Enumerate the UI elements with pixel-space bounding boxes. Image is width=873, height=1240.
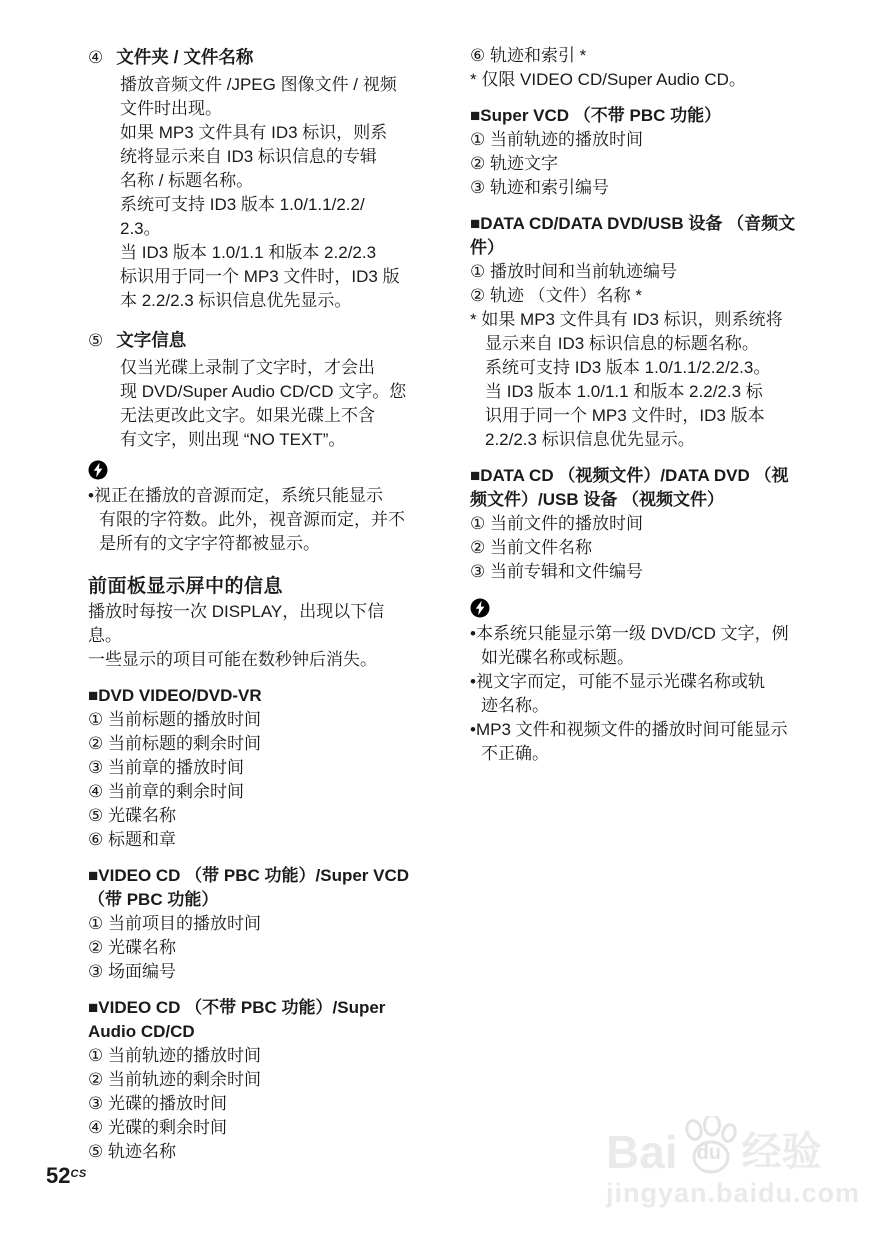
list-item: ② 轨迹文字	[470, 152, 846, 176]
item-number: ⑤	[88, 328, 103, 354]
format-group-data-audio: ■DATA CD/DATA DVD/USB 设备 （音频文件） ① 播放时间和当…	[470, 212, 846, 452]
item-body: 播放音频文件 /JPEG 图像文件 / 视频文件时出现。如果 MP3 文件具有 …	[88, 73, 446, 313]
text-line: 文件时出现。	[120, 97, 446, 121]
watermark-brand-suffix: 经验	[742, 1129, 822, 1175]
text-line: 本 2.2/2.3 标识信息优先显示。	[120, 289, 446, 313]
text-line: 有文字，则出现 “NO TEXT”。	[120, 428, 446, 452]
list-item: ③ 场面编号	[88, 960, 446, 984]
group-items: ① 当前文件的播放时间② 当前文件名称③ 当前专辑和文件编号	[470, 512, 846, 584]
item-number: ④	[88, 45, 103, 71]
page-number-value: 52	[46, 1163, 70, 1188]
text-line: 标识用于同一个 MP3 文件时，ID3 版	[120, 265, 446, 289]
watermark-brand: Bai du 经验	[606, 1116, 860, 1175]
page-number: 52CS	[46, 1163, 87, 1189]
text-line: 如光碟名称或标题。	[470, 646, 846, 670]
text-line: 是所有的文字字符都被显示。	[88, 532, 446, 556]
text-line: •视正在播放的音源而定，系统只能显示	[88, 484, 446, 508]
text-line: 系统可支持 ID3 版本 1.0/1.1/2.2/	[120, 193, 446, 217]
group-header-line: 频文件）/USB 设备 （视频文件）	[470, 488, 846, 512]
footnote-line: 2.2/2.3 标识信息优先显示。	[470, 428, 846, 452]
footnote-line: 识用于同一个 MP3 文件时，ID3 版本	[470, 404, 846, 428]
group-header: ■DVD VIDEO/DVD-VR	[88, 684, 446, 708]
note-block: •本系统只能显示第一级 DVD/CD 文字，例如光碟名称或标题。 •视文字而定，…	[470, 598, 846, 766]
item-body: 仅当光碟上录制了文字时，才会出现 DVD/Super Audio CD/CD 文…	[88, 356, 446, 452]
list-item: ① 当前项目的播放时间	[88, 912, 446, 936]
text-line: •本系统只能显示第一级 DVD/CD 文字，例	[470, 622, 846, 646]
note-block: •视正在播放的音源而定，系统只能显示有限的字符数。此外，视音源而定，并不是所有的…	[88, 460, 446, 556]
group-items: ① 当前轨迹的播放时间② 轨迹文字③ 轨迹和索引编号	[470, 128, 846, 200]
list-item: ⑥ 轨迹和索引 *	[470, 44, 846, 68]
format-group-dvd-video: ■DVD VIDEO/DVD-VR ① 当前标题的播放时间② 当前标题的剩余时间…	[88, 684, 446, 852]
group-items: ① 当前轨迹的播放时间② 当前轨迹的剩余时间③ 光碟的播放时间④ 光碟的剩余时间…	[88, 1044, 446, 1164]
footnote-line: 当 ID3 版本 1.0/1.1 和版本 2.2/2.3 标	[470, 380, 846, 404]
list-item: ② 当前文件名称	[470, 536, 846, 560]
group-header-line: Audio CD/CD	[88, 1020, 446, 1044]
note-bullet: •视正在播放的音源而定，系统只能显示有限的字符数。此外，视音源而定，并不是所有的…	[88, 484, 446, 556]
group-header-line: 件）	[470, 236, 846, 260]
note-bullet: •视文字而定，可能不显示光碟名称或轨迹名称。	[470, 670, 846, 718]
left-column: ④ 文件夹 / 文件名称 播放音频文件 /JPEG 图像文件 / 视频文件时出现…	[88, 44, 446, 1164]
footnote-line: * 如果 MP3 文件具有 ID3 标识，则系统将	[470, 308, 846, 332]
group-items: ① 播放时间和当前轨迹编号② 轨迹 （文件）名称 *	[470, 260, 846, 308]
text-line: 一些显示的项目可能在数秒钟后消失。	[88, 648, 446, 672]
list-item: ④ 当前章的剩余时间	[88, 780, 446, 804]
text-line: 现 DVD/Super Audio CD/CD 文字。您	[120, 380, 446, 404]
text-line: 当 ID3 版本 1.0/1.1 和版本 2.2/2.3	[120, 241, 446, 265]
page-number-suffix: CS	[70, 1168, 86, 1180]
text-line: 有限的字符数。此外，视音源而定，并不	[88, 508, 446, 532]
format-group-video-cd-pbc: ■VIDEO CD （带 PBC 功能）/Super VCD（带 PBC 功能）…	[88, 864, 446, 984]
list-item: ③ 当前章的播放时间	[88, 756, 446, 780]
text-line: 播放音频文件 /JPEG 图像文件 / 视频	[120, 73, 446, 97]
watermark-brand-prefix: Bai	[606, 1129, 678, 1175]
footnote-line: 系统可支持 ID3 版本 1.0/1.1/2.2/2.3。	[470, 356, 846, 380]
list-item: ⑥ 标题和章	[88, 828, 446, 852]
group-header: ■Super VCD （不带 PBC 功能）	[470, 104, 846, 128]
group-header-line: ■VIDEO CD （不带 PBC 功能）/Super	[88, 996, 446, 1020]
section-heading: 前面板显示屏中的信息	[88, 574, 446, 600]
format-group-data-video: ■DATA CD （视频文件）/DATA DVD （视频文件）/USB 设备 （…	[470, 464, 846, 584]
footnote-line: * 仅限 VIDEO CD/Super Audio CD。	[470, 68, 846, 92]
numbered-definition-5: ⑤ 文字信息 仅当光碟上录制了文字时，才会出现 DVD/Super Audio …	[88, 327, 446, 452]
note-bullet: •本系统只能显示第一级 DVD/CD 文字，例如光碟名称或标题。	[470, 622, 846, 670]
list-item: ② 当前标题的剩余时间	[88, 732, 446, 756]
list-item: ⑤ 轨迹名称	[88, 1140, 446, 1164]
text-line: •MP3 文件和视频文件的播放时间可能显示	[470, 718, 846, 742]
group-header-line: ■VIDEO CD （带 PBC 功能）/Super VCD	[88, 864, 446, 888]
list-item: ⑤ 光碟名称	[88, 804, 446, 828]
note-icon	[88, 460, 108, 480]
watermark-url: jingyan.baidu.com	[606, 1178, 860, 1209]
group-header: ■VIDEO CD （不带 PBC 功能）/SuperAudio CD/CD	[88, 996, 446, 1044]
right-column: ⑥ 轨迹和索引 * * 仅限 VIDEO CD/Super Audio CD。 …	[470, 44, 846, 766]
text-line: 播放时每按一次 DISPLAY，出现以下信	[88, 600, 446, 624]
text-line: 统将显示来自 ID3 标识信息的专辑	[120, 145, 446, 169]
paw-icon: du	[679, 1116, 741, 1179]
group-items: ① 当前标题的播放时间② 当前标题的剩余时间③ 当前章的播放时间④ 当前章的剩余…	[88, 708, 446, 852]
format-group-video-cd-no-pbc: ■VIDEO CD （不带 PBC 功能）/SuperAudio CD/CD ①…	[88, 996, 446, 1164]
text-line: 息。	[88, 624, 446, 648]
list-item: ④ 光碟的剩余时间	[88, 1116, 446, 1140]
list-item: ① 当前轨迹的播放时间	[470, 128, 846, 152]
list-item: ① 当前文件的播放时间	[470, 512, 846, 536]
text-line: 名称 / 标题名称。	[120, 169, 446, 193]
text-line: 无法更改此文字。如果光碟上不含	[120, 404, 446, 428]
text-line: •视文字而定，可能不显示光碟名称或轨	[470, 670, 846, 694]
watermark-brand-mid: du	[697, 1142, 721, 1165]
note-icon	[470, 598, 490, 618]
note-bullet: •MP3 文件和视频文件的播放时间可能显示不正确。	[470, 718, 846, 766]
group-header: ■DATA CD/DATA DVD/USB 设备 （音频文件）	[470, 212, 846, 260]
footnote-line: 显示来自 ID3 标识信息的标题名称。	[470, 332, 846, 356]
list-item: ③ 光碟的播放时间	[88, 1092, 446, 1116]
list-item: ① 当前轨迹的播放时间	[88, 1044, 446, 1068]
text-line: 如果 MP3 文件具有 ID3 标识，则系	[120, 121, 446, 145]
text-line: 2.3。	[120, 217, 446, 241]
group-header-line: ■DVD VIDEO/DVD-VR	[88, 684, 446, 708]
numbered-definition-4: ④ 文件夹 / 文件名称 播放音频文件 /JPEG 图像文件 / 视频文件时出现…	[88, 44, 446, 313]
baidu-jingyan-watermark: Bai du 经验 jingyan.baidu.com	[606, 1116, 860, 1209]
group-footnote: * 如果 MP3 文件具有 ID3 标识，则系统将显示来自 ID3 标识信息的标…	[470, 308, 846, 452]
group-header: ■DATA CD （视频文件）/DATA DVD （视频文件）/USB 设备 （…	[470, 464, 846, 512]
text-line: 仅当光碟上录制了文字时，才会出	[120, 356, 446, 380]
group-header-line: ■DATA CD/DATA DVD/USB 设备 （音频文	[470, 212, 846, 236]
list-item: ③ 当前专辑和文件编号	[470, 560, 846, 584]
group-header-line: （带 PBC 功能）	[88, 888, 446, 912]
list-item: ② 光碟名称	[88, 936, 446, 960]
group-header: ■VIDEO CD （带 PBC 功能）/Super VCD（带 PBC 功能）	[88, 864, 446, 912]
item-title: 文件夹 / 文件名称	[116, 44, 253, 70]
text-line: 不正确。	[470, 742, 846, 766]
section-intro: 播放时每按一次 DISPLAY，出现以下信息。一些显示的项目可能在数秒钟后消失。	[88, 600, 446, 672]
list-item: ① 当前标题的播放时间	[88, 708, 446, 732]
list-item: ① 播放时间和当前轨迹编号	[470, 260, 846, 284]
list-item: ② 当前轨迹的剩余时间	[88, 1068, 446, 1092]
list-item: ② 轨迹 （文件）名称 *	[470, 284, 846, 308]
group-header-line: ■DATA CD （视频文件）/DATA DVD （视	[470, 464, 846, 488]
text-line: 迹名称。	[470, 694, 846, 718]
group-header-line: ■Super VCD （不带 PBC 功能）	[470, 104, 846, 128]
format-group-super-vcd-no-pbc: ■Super VCD （不带 PBC 功能） ① 当前轨迹的播放时间② 轨迹文字…	[470, 104, 846, 200]
list-item: ③ 轨迹和索引编号	[470, 176, 846, 200]
item-title: 文字信息	[116, 327, 186, 353]
group-items: ① 当前项目的播放时间② 光碟名称③ 场面编号	[88, 912, 446, 984]
